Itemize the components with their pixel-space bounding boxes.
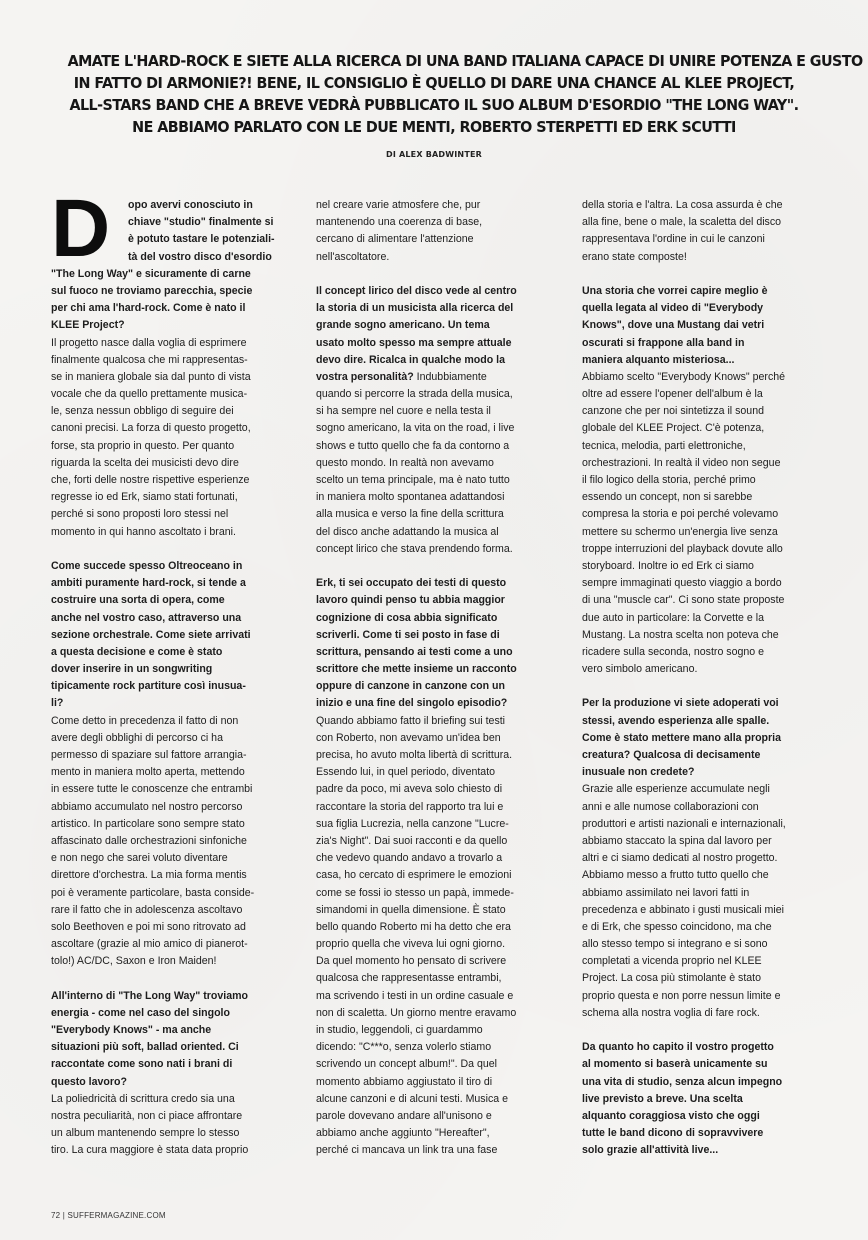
- line-text: la storia di un musicista alla ricerca d…: [316, 302, 513, 314]
- answer-line: un album mantenendo sempre lo stesso: [51, 1125, 313, 1142]
- line-text: li?: [51, 697, 63, 709]
- line-text: Quando abbiamo fatto il briefing sui tes…: [316, 715, 505, 727]
- line-text: una vita di studio, senza alcun impegno: [582, 1076, 782, 1088]
- question-line: Per la produzione vi siete adoperati voi: [582, 695, 842, 712]
- question-line: alquanto coraggiosa visto che oggi: [582, 1108, 842, 1125]
- line-text: qualcosa che rappresentasse entrambi,: [316, 972, 502, 984]
- answer-line: ricadere sulla seconda, nostro sogno e: [582, 644, 842, 661]
- question-line: tà del vostro disco d'esordio: [51, 249, 313, 266]
- line-text: costruire una sorta di opera, come: [51, 594, 225, 606]
- line-text: simandomi in quella dimensione. È stato: [316, 904, 506, 916]
- question-line: Come succede spesso Oltreoceano in: [51, 558, 313, 575]
- answer-line: artistico. In particolare sono sempre st…: [51, 816, 313, 833]
- answer-line: schema alla nostra voglia di fare rock.: [582, 1005, 842, 1022]
- line-text: se in maniera globale sia dal punto di v…: [51, 371, 251, 383]
- line-text: tipicamente rock partiture così inusua-: [51, 680, 246, 692]
- question-line: Erk, ti sei occupato dei testi di questo: [316, 575, 571, 592]
- line-text: completati a vicenda proprio nel KLEE: [582, 955, 762, 967]
- answer-line: mento in maniera molto aperta, mettendo: [51, 764, 313, 781]
- answer-line: sua figlia Lucrezia, nella canzone "Lucr…: [316, 816, 571, 833]
- question-line: vostra personalità? Indubbiamente: [316, 369, 571, 386]
- question-line: stessi, avendo esperienza alle spalle.: [582, 713, 842, 730]
- line-text: il filo logico della storia, perché prim…: [582, 474, 756, 486]
- answer-line: che, forti delle nostre rispettive esper…: [51, 472, 313, 489]
- line-text: Da quanto ho capito il vostro progetto: [582, 1041, 774, 1053]
- answer-line: abbiamo anche aggiunto "Hereafter",: [316, 1125, 571, 1142]
- line-text: ma scrivendo i testi in un ordine casual…: [316, 990, 513, 1002]
- line-text: mantenendo una coerenza di base,: [316, 216, 482, 228]
- answer-line: globale del KLEE Project. C'è potenza,: [582, 420, 842, 437]
- line-text: casa, ho cercato di esprimere le emozion…: [316, 869, 512, 881]
- answer-line: momento abbiamo aggiustato il tiro di: [316, 1074, 571, 1091]
- line-text: direttore d'orchestra. La mia forma ment…: [51, 869, 247, 881]
- line-text: Knows", dove una Mustang dai vetri: [582, 319, 764, 331]
- line-text: "The Long Way" e sicuramente di carne: [51, 268, 251, 280]
- line-text: ricadere sulla seconda, nostro sogno e: [582, 646, 764, 658]
- question-line: dover inserire in un songwriting: [51, 661, 313, 678]
- line-text: questo mondo. In realtà non avevamo: [316, 457, 494, 469]
- footer-separator: |: [63, 1211, 65, 1220]
- line-text: usato molto spesso ma sempre attuale: [316, 337, 511, 349]
- line-text: anche nel vostro caso, attraverso una: [51, 612, 241, 624]
- question-line: una vita di studio, senza alcun impegno: [582, 1074, 842, 1091]
- answer-line: abbiamo assimilato nei lavori fatti in: [582, 885, 842, 902]
- answer-line: abbiamo accumulato nel nostro percorso: [51, 799, 313, 816]
- question-line: scrittore che mette insieme un racconto: [316, 661, 571, 678]
- line-text: inizio e una fine del singolo episodio?: [316, 697, 507, 709]
- paragraph-gap: [316, 266, 571, 283]
- line-text: altri e ci siamo dedicati al nostro prog…: [582, 852, 778, 864]
- line-text: rare il fatto che in adolescenza ascolta…: [51, 904, 242, 916]
- line-text: zia's Night". Dai suoi racconti e da que…: [316, 835, 507, 847]
- line-text: dover inserire in un songwriting: [51, 663, 212, 675]
- line-text: nell'ascoltatore.: [316, 251, 389, 263]
- line-text: riguarda la scelta dei musicisti devo di…: [51, 457, 239, 469]
- line-text: cercano di alimentare l'attenzione: [316, 233, 474, 245]
- line-text: stessi, avendo esperienza alle spalle.: [582, 715, 769, 727]
- question-line: All'interno di "The Long Way" troviamo: [51, 988, 313, 1005]
- question-line: questo lavoro?: [51, 1074, 313, 1091]
- line-text: tiro. La cura maggiore è stata data prop…: [51, 1144, 248, 1156]
- line-text: scrittore che mette insieme un racconto: [316, 663, 517, 675]
- question-line: quella legata al video di "Everybody: [582, 300, 842, 317]
- answer-line: bello quando Roberto mi ha detto che era: [316, 919, 571, 936]
- line-text: parole dovevano andare all'unisono e: [316, 1110, 492, 1122]
- line-text: sezione orchestrale. Come siete arrivati: [51, 629, 251, 641]
- question-line: tipicamente rock partiture così inusua-: [51, 678, 313, 695]
- answer-line: il filo logico della storia, perché prim…: [582, 472, 842, 489]
- answer-line: e non nego che sarei voluto diventare: [51, 850, 313, 867]
- line-text: energia - come nel caso del singolo: [51, 1007, 230, 1019]
- answer-line: affascinato dalle orchestrazioni sinfoni…: [51, 833, 313, 850]
- article-column-1: opo avervi conosciuto inchiave "studio" …: [51, 197, 313, 1160]
- question-line: grande sogno americano. Un tema: [316, 317, 571, 334]
- line-text: troppe interruzioni del playback dovute …: [582, 543, 783, 555]
- answer-line: in essere tutte le conoscenze che entram…: [51, 781, 313, 798]
- line-text: live previsto a breve. Una scelta: [582, 1093, 743, 1105]
- line-text: produttori e artisti nazionali e interna…: [582, 818, 786, 830]
- answer-line: si ha sempre nel cuore e nella testa il: [316, 403, 571, 420]
- answer-line: vero simbolo americano.: [582, 661, 842, 678]
- answer-line: erano state composte!: [582, 249, 842, 266]
- line-text: Come detto in precedenza il fatto di non: [51, 715, 238, 727]
- line-text: abbiamo staccato la spina dal lavoro per: [582, 835, 772, 847]
- answer-line: anni e alle numose collaborazioni con: [582, 799, 842, 816]
- answer-line: tiro. La cura maggiore è stata data prop…: [51, 1142, 313, 1159]
- line-text: vostra personalità?: [316, 371, 414, 383]
- line-text: come se fossi io stesso un papà, immede-: [316, 887, 514, 899]
- line-text-continued: Indubbiamente: [414, 371, 487, 383]
- answer-line: Essendo lui, in quel periodo, diventato: [316, 764, 571, 781]
- question-line: la storia di un musicista alla ricerca d…: [316, 300, 571, 317]
- line-text: canzone che per noi sintetizza il sound: [582, 405, 764, 417]
- line-text: chiave "studio" finalmente si: [128, 216, 273, 228]
- line-text: del disco anche adattando la musica al: [316, 526, 499, 538]
- line-text: un album mantenendo sempre lo stesso: [51, 1127, 239, 1139]
- line-text: non di scaletta. Un giorno mentre eravam…: [316, 1007, 516, 1019]
- line-text: solo grazie all'attività live...: [582, 1144, 718, 1156]
- line-text: ascoltare (grazie al mio amico di pianer…: [51, 938, 248, 950]
- line-text: Grazie alle esperienze accumulate negli: [582, 783, 770, 795]
- answer-line: con Roberto, non avevamo un'idea ben: [316, 730, 571, 747]
- line-text: erano state composte!: [582, 251, 687, 263]
- answer-line: della storia e l'altra. La cosa assurda …: [582, 197, 842, 214]
- line-text: tà del vostro disco d'esordio: [128, 251, 272, 263]
- paragraph-gap: [582, 1022, 842, 1039]
- line-text: Project. La cosa più stimolante è stato: [582, 972, 761, 984]
- line-text: affascinato dalle orchestrazioni sinfoni…: [51, 835, 247, 847]
- answer-line: shows e tutto quello che fa da contorno …: [316, 438, 571, 455]
- line-text: Da quel momento ho pensato di scrivere: [316, 955, 506, 967]
- answer-line: del disco anche adattando la musica al: [316, 524, 571, 541]
- line-text: artistico. In particolare sono sempre st…: [51, 818, 245, 830]
- question-line: usato molto spesso ma sempre attuale: [316, 335, 571, 352]
- paragraph-gap: [316, 558, 571, 575]
- answer-line: sempre immaginati questo viaggio a bordo: [582, 575, 842, 592]
- line-text: "Everybody Knows" - ma anche: [51, 1024, 211, 1036]
- answer-line: avere degli obblighi di percorso ci ha: [51, 730, 313, 747]
- line-text: vocale che da quello prettamente musica-: [51, 388, 247, 400]
- question-line: raccontate come sono nati i brani di: [51, 1056, 313, 1073]
- answer-line: nostra peculiarità, non ci piace affront…: [51, 1108, 313, 1125]
- article-column-2: nel creare varie atmosfere che, purmante…: [316, 197, 571, 1160]
- answer-line: abbiamo staccato la spina dal lavoro per: [582, 833, 842, 850]
- line-text: con Roberto, non avevamo un'idea ben: [316, 732, 501, 744]
- question-line: "The Long Way" e sicuramente di carne: [51, 266, 313, 283]
- answer-line: dicendo: "C***o, senza volerlo stiamo: [316, 1039, 571, 1056]
- line-text: scrittura, pensando ai testi come a uno: [316, 646, 513, 658]
- answer-line: nell'ascoltatore.: [316, 249, 571, 266]
- answer-line: sogno americano, la vita on the road, i …: [316, 420, 571, 437]
- line-text: forse, sta proprio in questo. Per quanto: [51, 440, 234, 452]
- answer-line: essendo un concept, non si sarebbe: [582, 489, 842, 506]
- line-text: abbiamo accumulato nel nostro percorso: [51, 801, 242, 813]
- answer-line: solo Beethoven e poi mi sono ritrovato a…: [51, 919, 313, 936]
- article-standfirst: AMATE L'HARD-ROCK E SIETE ALLA RICERCA D…: [68, 50, 801, 138]
- answer-line: parole dovevano andare all'unisono e: [316, 1108, 571, 1125]
- line-text: Una storia che vorrei capire meglio è: [582, 285, 767, 297]
- line-text: regresse io ed Erk, siamo stati fortunat…: [51, 491, 238, 503]
- question-line: live previsto a breve. Una scelta: [582, 1091, 842, 1108]
- line-text: scrivendo un concept album!". Da quel: [316, 1058, 497, 1070]
- line-text: Il concept lirico del disco vede al cent…: [316, 285, 517, 297]
- answer-line: alla musica e verso la fine della scritt…: [316, 506, 571, 523]
- page-footer: 72 | SUFFERMAGAZINE.COM: [51, 1211, 166, 1220]
- line-text: solo Beethoven e poi mi sono ritrovato a…: [51, 921, 246, 933]
- question-line: per chi ama l'hard-rock. Come è nato il: [51, 300, 313, 317]
- line-text: alquanto coraggiosa visto che oggi: [582, 1110, 760, 1122]
- answer-line: cercano di alimentare l'attenzione: [316, 231, 571, 248]
- line-text: al momento si baserà unicamente su: [582, 1058, 767, 1070]
- line-text: questo lavoro?: [51, 1076, 127, 1088]
- answer-line: Come detto in precedenza il fatto di non: [51, 713, 313, 730]
- question-line: costruire una sorta di opera, come: [51, 592, 313, 609]
- line-text: oltre ad essere l'opener dell'album è la: [582, 388, 763, 400]
- line-text: globale del KLEE Project. C'è potenza,: [582, 422, 764, 434]
- line-text: tolo!) AC/DC, Saxon e Iron Maiden!: [51, 955, 216, 967]
- line-text: alla fine, bene o male, la scaletta del …: [582, 216, 781, 228]
- answer-line: perché si sono proposti loro stessi nel: [51, 506, 313, 523]
- answer-line: Abbiamo messo a frutto tutto quello che: [582, 867, 842, 884]
- answer-line: Grazie alle esperienze accumulate negli: [582, 781, 842, 798]
- question-line: sezione orchestrale. Come siete arrivati: [51, 627, 313, 644]
- line-text: inusuale non credete?: [582, 766, 694, 778]
- question-line: li?: [51, 695, 313, 712]
- line-text: dicendo: "C***o, senza volerlo stiamo: [316, 1041, 491, 1053]
- answer-line: casa, ho cercato di esprimere le emozion…: [316, 867, 571, 884]
- question-line: Il concept lirico del disco vede al cent…: [316, 283, 571, 300]
- answer-line: qualcosa che rappresentasse entrambi,: [316, 970, 571, 987]
- answer-line: le, senza nessun obbligo di seguire dei: [51, 403, 313, 420]
- line-text: Essendo lui, in quel periodo, diventato: [316, 766, 495, 778]
- question-line: oscurati si frappone alla band in: [582, 335, 842, 352]
- line-text: maniera alquanto misteriosa...: [582, 354, 734, 366]
- line-text: di una "muscle car". Ci sono state propo…: [582, 594, 784, 606]
- line-text: La poliedricità di scrittura credo sia u…: [51, 1093, 235, 1105]
- line-text: storyboard. Inoltre io ed Erk ci siamo: [582, 560, 754, 572]
- line-text: Per la produzione vi siete adoperati voi: [582, 697, 779, 709]
- line-text: Come succede spesso Oltreoceano in: [51, 560, 242, 572]
- site-url: SUFFERMAGAZINE.COM: [67, 1211, 165, 1220]
- question-line: cognizione di cosa abbia significato: [316, 610, 571, 627]
- line-text: canoni precisi. La forza di questo proge…: [51, 422, 251, 434]
- line-text: scelto un tema principale, ma è nato tut…: [316, 474, 510, 486]
- line-text: oscurati si frappone alla band in: [582, 337, 744, 349]
- question-line: anche nel vostro caso, attraverso una: [51, 610, 313, 627]
- question-line: tutte le band dicono di sopravvivere: [582, 1125, 842, 1142]
- question-line: "Everybody Knows" - ma anche: [51, 1022, 313, 1039]
- line-text: padre da poco, mi aveva solo chiesto di: [316, 783, 502, 795]
- line-text: raccontare la storia del rapporto tra lu…: [316, 801, 503, 813]
- answer-line: La poliedricità di scrittura credo sia u…: [51, 1091, 313, 1108]
- line-text: perché si sono proposti loro stessi nel: [51, 508, 228, 520]
- answer-line: compresa la storia e poi perché volevamo: [582, 506, 842, 523]
- question-line: creatura? Qualcosa di decisamente: [582, 747, 842, 764]
- answer-line: canoni precisi. La forza di questo proge…: [51, 420, 313, 437]
- answer-line: che vedevo quando andavo a trovarlo a: [316, 850, 571, 867]
- line-text: Abbiamo messo a frutto tutto quello che: [582, 869, 769, 881]
- answer-line: ma scrivendo i testi in un ordine casual…: [316, 988, 571, 1005]
- answer-line: in maniera molto spontanea adattandosi: [316, 489, 571, 506]
- line-text: si ha sempre nel cuore e nella testa il: [316, 405, 491, 417]
- line-text: alcune canzoni e di alcuni testi. Musica…: [316, 1093, 508, 1105]
- answer-line: orchestrazioni. In realtà il video non s…: [582, 455, 842, 472]
- answer-line: Abbiamo scelto "Everybody Knows" perché: [582, 369, 842, 386]
- question-line: sul fuoco ne troviamo parecchia, specie: [51, 283, 313, 300]
- answer-line: non di scaletta. Un giorno mentre eravam…: [316, 1005, 571, 1022]
- answer-line: allo stesso tempo si integrano e si sono: [582, 936, 842, 953]
- question-line: solo grazie all'attività live...: [582, 1142, 842, 1159]
- paragraph-gap: [51, 541, 313, 558]
- question-line: situazioni più soft, ballad oriented. Ci: [51, 1039, 313, 1056]
- byline: DI ALEX BADWINTER: [0, 150, 868, 159]
- question-line: inusuale non credete?: [582, 764, 842, 781]
- line-text: perché ci mancava un link tra una fase: [316, 1144, 497, 1156]
- answer-line: nel creare varie atmosfere che, pur: [316, 197, 571, 214]
- answer-line: troppe interruzioni del playback dovute …: [582, 541, 842, 558]
- line-text: finalmente qualcosa che mi rappresentas-: [51, 354, 248, 366]
- standfirst-line: AMATE L'HARD-ROCK E SIETE ALLA RICERCA D…: [68, 50, 801, 72]
- answer-line: perché ci mancava un link tra una fase: [316, 1142, 571, 1159]
- line-text: cognizione di cosa abbia significato: [316, 612, 497, 624]
- question-line: chiave "studio" finalmente si: [51, 214, 313, 231]
- answer-line: scelto un tema principale, ma è nato tut…: [316, 472, 571, 489]
- answer-line: altri e ci siamo dedicati al nostro prog…: [582, 850, 842, 867]
- answer-line: mantenendo una coerenza di base,: [316, 214, 571, 231]
- question-line: energia - come nel caso del singolo: [51, 1005, 313, 1022]
- question-line: opo avervi conosciuto in: [51, 197, 313, 214]
- paragraph-gap: [582, 678, 842, 695]
- answer-line: poi è veramente particolare, basta consi…: [51, 885, 313, 902]
- line-text: allo stesso tempo si integrano e si sono: [582, 938, 768, 950]
- line-text: raccontate come sono nati i brani di: [51, 1058, 232, 1070]
- question-line: Una storia che vorrei capire meglio è: [582, 283, 842, 300]
- line-text: momento in qui hanno ascoltato i brani.: [51, 526, 236, 538]
- standfirst-line: IN FATTO DI ARMONIE?! BENE, IL CONSIGLIO…: [68, 72, 801, 94]
- line-text: in studio, leggendoli, ci guardammo: [316, 1024, 483, 1036]
- answer-line: zia's Night". Dai suoi racconti e da que…: [316, 833, 571, 850]
- question-line: Da quanto ho capito il vostro progetto: [582, 1039, 842, 1056]
- question-line: KLEE Project?: [51, 317, 313, 334]
- answer-line: precedenza e abbinato i gusti musicali m…: [582, 902, 842, 919]
- line-text: sempre immaginati questo viaggio a bordo: [582, 577, 782, 589]
- standfirst-line: NE ABBIAMO PARLATO CON LE DUE MENTI, ROB…: [68, 116, 801, 138]
- line-text: mettere su schermo un'energia live senza: [582, 526, 778, 538]
- answer-line: questo mondo. In realtà non avevamo: [316, 455, 571, 472]
- line-text: che vedevo quando andavo a trovarlo a: [316, 852, 502, 864]
- line-text: e non nego che sarei voluto diventare: [51, 852, 228, 864]
- answer-line: rare il fatto che in adolescenza ascolta…: [51, 902, 313, 919]
- line-text: devo dire. Ricalca in qualche modo la: [316, 354, 505, 366]
- line-text: tutte le band dicono di sopravvivere: [582, 1127, 763, 1139]
- answer-line: due auto in particolare: la Corvette e l…: [582, 610, 842, 627]
- answer-line: se in maniera globale sia dal punto di v…: [51, 369, 313, 386]
- magazine-page: AMATE L'HARD-ROCK E SIETE ALLA RICERCA D…: [0, 0, 868, 1240]
- question-line: a questa decisione e come è stato: [51, 644, 313, 661]
- answer-line: riguarda la scelta dei musicisti devo di…: [51, 455, 313, 472]
- question-line: scrittura, pensando ai testi come a uno: [316, 644, 571, 661]
- answer-line: storyboard. Inoltre io ed Erk ci siamo: [582, 558, 842, 575]
- answer-line: regresse io ed Erk, siamo stati fortunat…: [51, 489, 313, 506]
- line-text: per chi ama l'hard-rock. Come è nato il: [51, 302, 245, 314]
- line-text: KLEE Project?: [51, 319, 125, 331]
- line-text: abbiamo assimilato nei lavori fatti in: [582, 887, 749, 899]
- line-text: abbiamo anche aggiunto "Hereafter",: [316, 1127, 490, 1139]
- line-text: anni e alle numose collaborazioni con: [582, 801, 759, 813]
- question-line: inizio e una fine del singolo episodio?: [316, 695, 571, 712]
- answer-line: e di Erk, che spesso coincidono, ma che: [582, 919, 842, 936]
- line-text: poi è veramente particolare, basta consi…: [51, 887, 254, 899]
- answer-line: oltre ad essere l'opener dell'album è la: [582, 386, 842, 403]
- line-text: orchestrazioni. In realtà il video non s…: [582, 457, 780, 469]
- answer-line: Da quel momento ho pensato di scrivere: [316, 953, 571, 970]
- answer-line: di una "muscle car". Ci sono state propo…: [582, 592, 842, 609]
- line-text: proprio questa e non porre nessun limite…: [582, 990, 780, 1002]
- question-line: al momento si baserà unicamente su: [582, 1056, 842, 1073]
- question-line: oppure di canzone in canzone con un: [316, 678, 571, 695]
- question-line: Knows", dove una Mustang dai vetri: [582, 317, 842, 334]
- answer-line: quando si percorre la strada della music…: [316, 386, 571, 403]
- line-text: alla musica e verso la fine della scritt…: [316, 508, 504, 520]
- answer-line: Mustang. La nostra scelta non poteva che: [582, 627, 842, 644]
- answer-line: precisa, ho avuto molta libertà di scrit…: [316, 747, 571, 764]
- line-text: All'interno di "The Long Way" troviamo: [51, 990, 248, 1002]
- line-text: che, forti delle nostre rispettive esper…: [51, 474, 249, 486]
- line-text: mento in maniera molto aperta, mettendo: [51, 766, 245, 778]
- answer-line: forse, sta proprio in questo. Per quanto: [51, 438, 313, 455]
- answer-line: produttori e artisti nazionali e interna…: [582, 816, 842, 833]
- line-text: creatura? Qualcosa di decisamente: [582, 749, 760, 761]
- question-line: ambiti puramente hard-rock, si tende a: [51, 575, 313, 592]
- answer-line: tecnica, melodia, parti elettroniche,: [582, 438, 842, 455]
- line-text: avere degli obblighi di percorso ci ha: [51, 732, 223, 744]
- line-text: sogno americano, la vita on the road, i …: [316, 422, 514, 434]
- question-line: Come è stato mettere mano alla propria: [582, 730, 842, 747]
- answer-line: concept lirico che stava prendendo forma…: [316, 541, 571, 558]
- answer-line: proprio questa e non porre nessun limite…: [582, 988, 842, 1005]
- line-text: Il progetto nasce dalla voglia di esprim…: [51, 337, 247, 349]
- line-text: bello quando Roberto mi ha detto che era: [316, 921, 511, 933]
- line-text: proprio quella che viveva lui ogni giorn…: [316, 938, 505, 950]
- question-line: scriverli. Come ti sei posto in fase di: [316, 627, 571, 644]
- line-text: e di Erk, che spesso coincidono, ma che: [582, 921, 772, 933]
- line-text: in essere tutte le conoscenze che entram…: [51, 783, 252, 795]
- answer-line: Project. La cosa più stimolante è stato: [582, 970, 842, 987]
- line-text: Abbiamo scelto "Everybody Knows" perché: [582, 371, 785, 383]
- line-text: essendo un concept, non si sarebbe: [582, 491, 752, 503]
- answer-line: alla fine, bene o male, la scaletta del …: [582, 214, 842, 231]
- line-text: shows e tutto quello che fa da contorno …: [316, 440, 509, 452]
- answer-line: rappresentava l'ordine in cui le canzoni: [582, 231, 842, 248]
- answer-line: vocale che da quello prettamente musica-: [51, 386, 313, 403]
- line-text: compresa la storia e poi perché volevamo: [582, 508, 778, 520]
- line-text: rappresentava l'ordine in cui le canzoni: [582, 233, 765, 245]
- answer-line: come se fossi io stesso un papà, immede-: [316, 885, 571, 902]
- line-text: della storia e l'altra. La cosa assurda …: [582, 199, 782, 211]
- line-text: permesso di spaziare sul fattore arrangi…: [51, 749, 247, 761]
- answer-line: permesso di spaziare sul fattore arrangi…: [51, 747, 313, 764]
- line-text: precedenza e abbinato i gusti musicali m…: [582, 904, 784, 916]
- line-text: nostra peculiarità, non ci piace affront…: [51, 1110, 242, 1122]
- answer-line: mettere su schermo un'energia live senza: [582, 524, 842, 541]
- line-text: grande sogno americano. Un tema: [316, 319, 490, 331]
- answer-line: momento in qui hanno ascoltato i brani.: [51, 524, 313, 541]
- line-text: opo avervi conosciuto in: [128, 199, 253, 211]
- line-text: le, senza nessun obbligo di seguire dei: [51, 405, 234, 417]
- line-text: Come è stato mettere mano alla propria: [582, 732, 781, 744]
- line-text: concept lirico che stava prendendo forma…: [316, 543, 513, 555]
- line-text: schema alla nostra voglia di fare rock.: [582, 1007, 760, 1019]
